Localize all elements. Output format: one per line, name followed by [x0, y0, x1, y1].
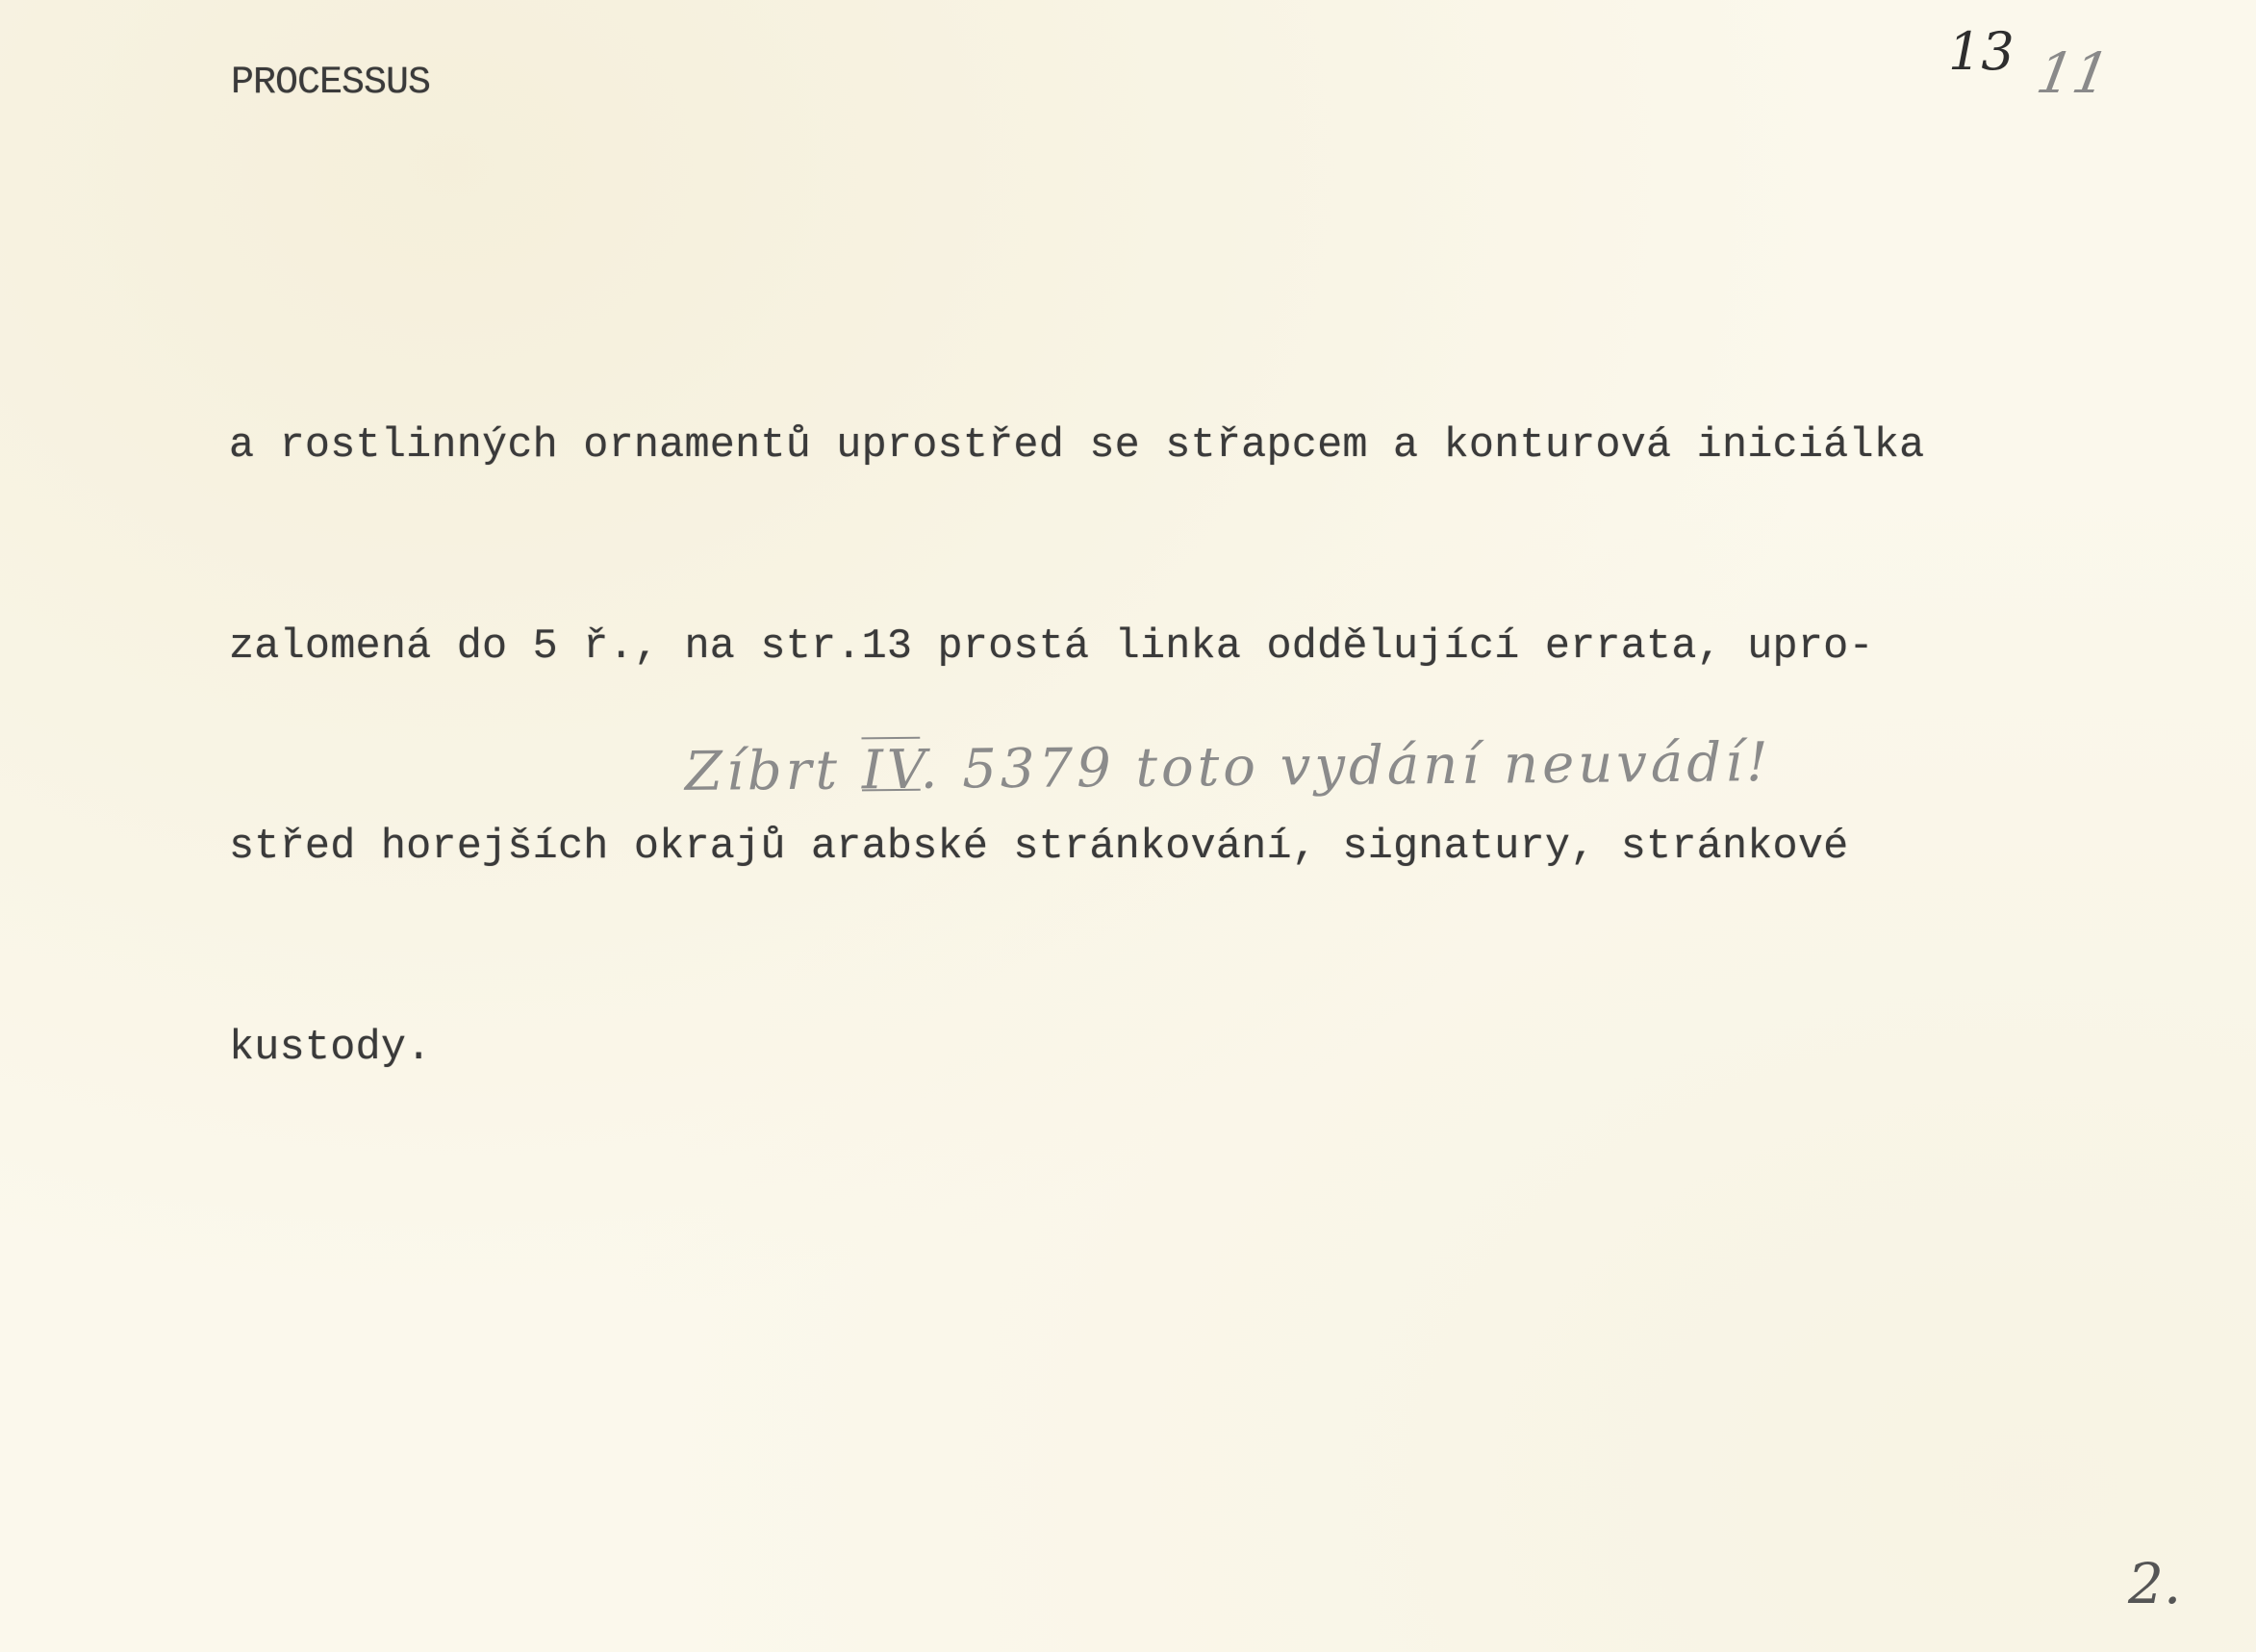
- pencil-folio-number: 11: [2032, 40, 2115, 106]
- description-line-4: kustody.: [229, 1015, 1924, 1082]
- handwritten-page-number: 13: [1948, 21, 2015, 82]
- corner-card-number: 2.: [2128, 1551, 2181, 1616]
- note-remark: toto vydání neuvádí!: [1114, 731, 1771, 800]
- description-line-2: zalomená do 5 ř., na str.13 prostá linka…: [229, 614, 1924, 681]
- description-line-3: střed horejších okrajů arabské stránková…: [229, 814, 1924, 881]
- note-separator: .: [920, 738, 962, 801]
- description-line-1: a rostlinných ornamentů uprostřed se stř…: [229, 413, 1924, 480]
- handwritten-pencil-note: Zíbrt IV. 5379 toto vydání neuvádí!: [685, 731, 1772, 803]
- note-author: Zíbrt: [685, 740, 842, 803]
- card-heading: PROCESSUS: [231, 60, 430, 108]
- note-volume: IV: [861, 739, 920, 802]
- note-number: 5379: [962, 737, 1115, 801]
- catalog-card: PROCESSUS 13 11 a rostlinných ornamentů …: [0, 0, 2256, 1652]
